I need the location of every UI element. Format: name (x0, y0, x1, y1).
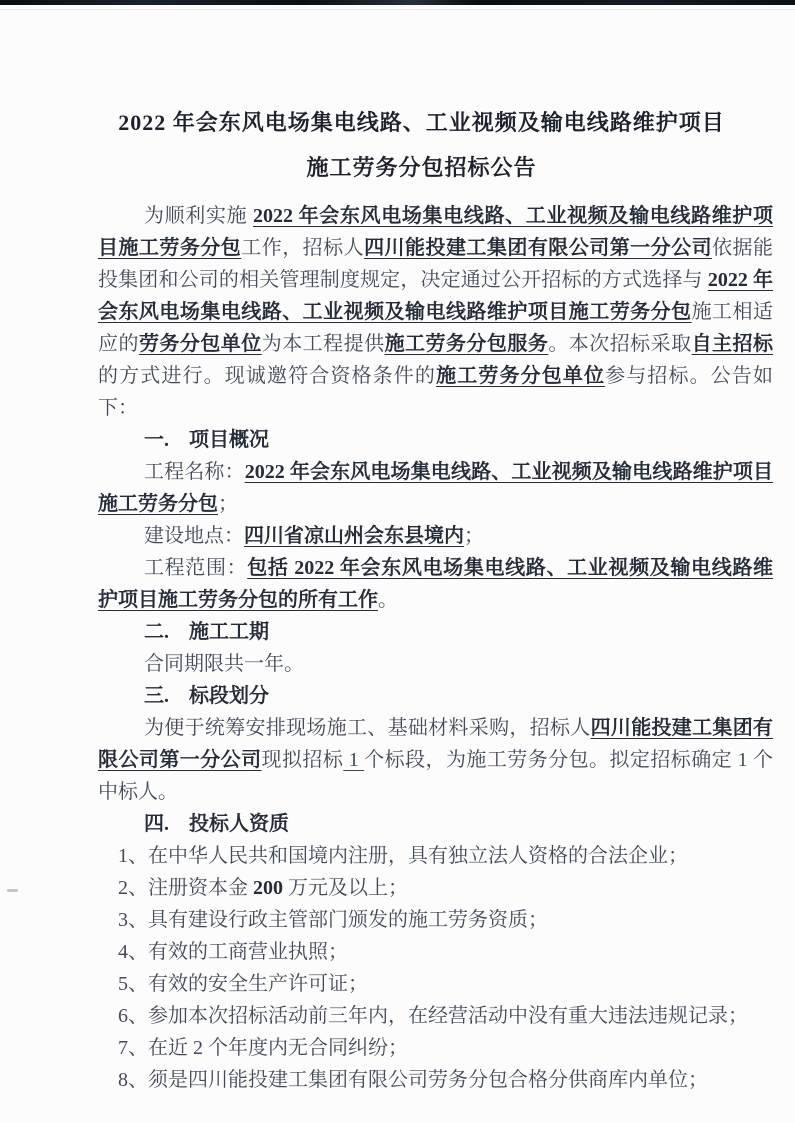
text-run: 为顺利实施 (144, 205, 253, 227)
document-title-line1: 2022 年会东风电场集电线路、工业视频及输电线路维护项目 (118, 110, 725, 135)
emphasis-run: 劳务分包单位 (139, 333, 262, 355)
text-run: 7、在近 2 个年度内无合同纠纷； (118, 1037, 408, 1059)
text-run: 为本工程提供 (262, 333, 385, 355)
qualification-item-5: 5、有效的安全生产许可证； (118, 968, 773, 1000)
text-run: 建设地点： (144, 525, 244, 547)
section-number: 三. (144, 685, 169, 707)
text-run: 4、有效的工商营业执照； (118, 941, 348, 963)
emphasis-run: 1 (343, 749, 364, 771)
document-title: 2022 年会东风电场集电线路、工业视频及输电线路维护项目 施工劳务分包招标公告 (98, 100, 745, 190)
emphasis-run: 自主招标 (692, 333, 773, 355)
qualification-item-1: 1、在中华人民共和国境内注册，具有独立法人资格的合法企业； (118, 840, 773, 872)
emphasis-run: 200 (253, 877, 283, 899)
section-number: 二. (144, 621, 169, 643)
project-name-paragraph: 工程名称：2022 年会东风电场集电线路、工业视频及输电线路维护项目施工劳务分包… (98, 456, 773, 520)
text-run: 。 (378, 589, 398, 611)
construction-period-paragraph: 合同期限共一年。 (98, 648, 773, 680)
text-run: 工程名称： (144, 461, 245, 483)
text-run: 1、在中华人民共和国境内注册，具有独立法人资格的合法企业； (118, 845, 688, 867)
text-run: 工程范围： (144, 557, 247, 579)
text-run: 3、具有建设行政主管部门颁发的施工劳务资质； (118, 909, 548, 931)
section-heading-bidder-qualifications: 四. 投标人资质 (144, 808, 773, 840)
section-heading-bid-sections: 三. 标段划分 (144, 680, 773, 712)
emphasis-run: 施工劳务分包服务 (385, 333, 549, 355)
section-heading-construction-period: 二. 施工工期 (144, 616, 773, 648)
emphasis-run: 四川省凉山州会东县境内 (244, 525, 464, 547)
text-run: ； (218, 493, 238, 515)
text-run: 。本次招标采取 (548, 333, 691, 355)
scanned-document-page: 2022 年会东风电场集电线路、工业视频及输电线路维护项目 施工劳务分包招标公告… (0, 0, 795, 1123)
emphasis-run: 四川能投建工集团有限公司第一分公司 (364, 237, 712, 259)
section-number: 四. (144, 813, 169, 835)
project-location-paragraph: 建设地点：四川省凉山州会东县境内； (98, 520, 773, 552)
text-run: 8、须是四川能投建工集团有限公司劳务分包合格分供商库内单位； (118, 1069, 708, 1091)
section-label: 项目概况 (189, 429, 269, 451)
text-run: 为便于统筹安排现场施工、基础材料采购，招标人 (144, 717, 591, 739)
scan-noise-speck (7, 889, 18, 892)
document-body: 2022 年会东风电场集电线路、工业视频及输电线路维护项目 施工劳务分包招标公告… (98, 0, 773, 1096)
section-label: 标段划分 (189, 685, 269, 707)
text-run: 的方式进行。现诚邀符合资格条件的 (98, 365, 436, 387)
qualification-item-3: 3、具有建设行政主管部门颁发的施工劳务资质； (118, 904, 773, 936)
bid-sections-paragraph: 为便于统筹安排现场施工、基础材料采购，招标人四川能投建工集团有限公司第一分公司现… (98, 712, 773, 808)
section-label: 投标人资质 (189, 813, 289, 835)
qualification-item-4: 4、有效的工商营业执照； (118, 936, 773, 968)
text-run: 6、参加本次招标活动前三年内，在经营活动中没有重大违法违规记录； (118, 1005, 748, 1027)
section-label: 施工工期 (189, 621, 269, 643)
text-run: 工作，招标人 (241, 237, 364, 259)
emphasis-run: 施工劳务分包单位 (436, 365, 605, 387)
text-run: ； (464, 525, 484, 547)
qualification-list: 1、在中华人民共和国境内注册，具有独立法人资格的合法企业； 2、注册资本金 20… (98, 840, 773, 1096)
section-heading-project-overview: 一. 项目概况 (144, 424, 773, 456)
text-run: 现拟招标 (262, 749, 344, 771)
document-title-line2: 施工劳务分包招标公告 (306, 155, 536, 180)
text-run: 5、有效的安全生产许可证； (118, 973, 368, 995)
text-run: 万元及以上； (283, 877, 408, 899)
intro-paragraph: 为顺利实施 2022 年会东风电场集电线路、工业视频及输电线路维护项目施工劳务分… (98, 200, 773, 424)
qualification-item-6: 6、参加本次招标活动前三年内，在经营活动中没有重大违法违规记录； (118, 1000, 773, 1032)
qualification-item-2: 2、注册资本金 200 万元及以上； (118, 872, 773, 904)
qualification-item-7: 7、在近 2 个年度内无合同纠纷； (118, 1032, 773, 1064)
section-number: 一. (144, 429, 169, 451)
project-scope-paragraph: 工程范围：包括 2022 年会东风电场集电线路、工业视频及输电线路维护项目施工劳… (98, 552, 773, 616)
qualification-item-8: 8、须是四川能投建工集团有限公司劳务分包合格分供商库内单位； (118, 1064, 773, 1096)
text-run: 2、注册资本金 (118, 877, 253, 899)
